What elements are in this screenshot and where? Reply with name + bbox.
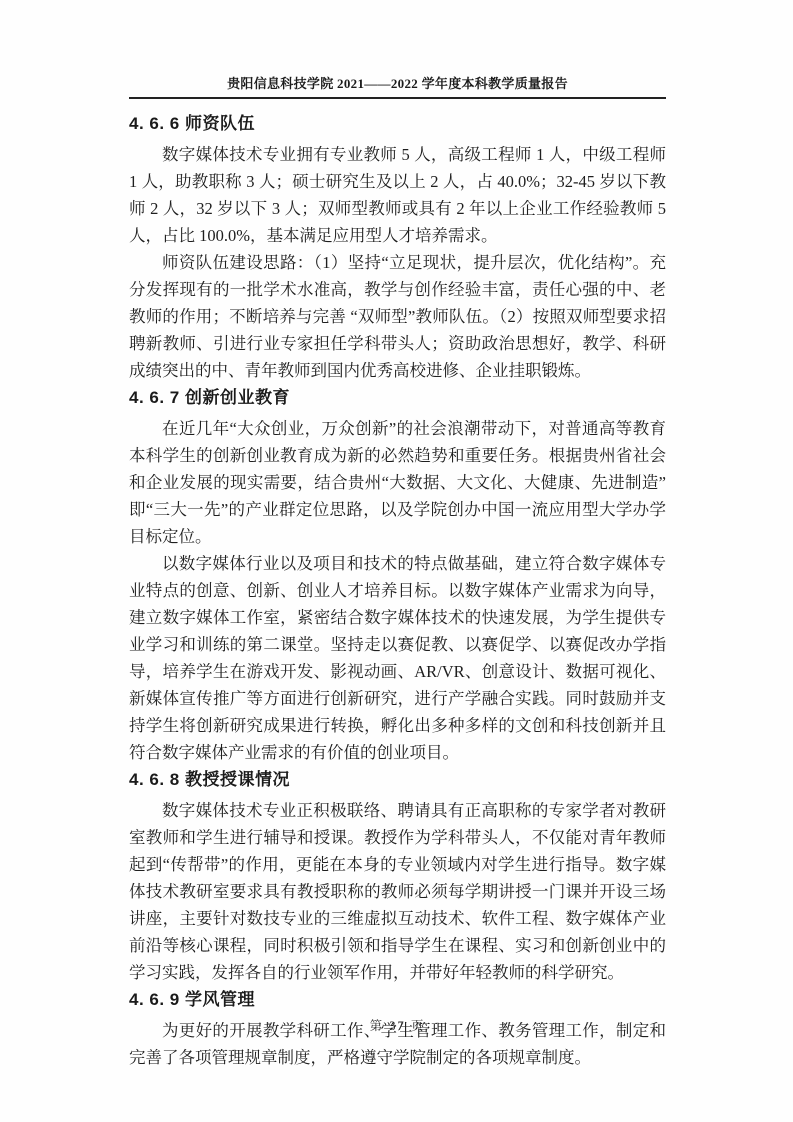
header-title: 贵阳信息科技学院 2021——2022 学年度本科教学质量报告 bbox=[227, 76, 568, 91]
paragraph: 在近几年“大众创业，万众创新”的社会浪潮带动下，对普通高等教育本科学生的创新创业… bbox=[129, 415, 666, 550]
paragraph: 数字媒体技术专业正积极联络、聘请具有正高职称的专家学者对教研室教师和学生进行辅导… bbox=[129, 797, 666, 986]
document-page: 贵阳信息科技学院 2021——2022 学年度本科教学质量报告 4. 6. 6 … bbox=[0, 0, 793, 1122]
section-innovation-education: 4. 6. 7 创新创业教育 在近几年“大众创业，万众创新”的社会浪潮带动下，对… bbox=[129, 387, 666, 766]
paragraph: 数字媒体技术专业拥有专业教师 5 人，高级工程师 1 人，中级工程师 1 人，助… bbox=[129, 141, 666, 249]
section-professor-teaching: 4. 6. 8 教授授课情况 数字媒体技术专业正积极联络、聘请具有正高职称的专家… bbox=[129, 769, 666, 986]
document-body: 4. 6. 6 师资队伍 数字媒体技术专业拥有专业教师 5 人，高级工程师 1 … bbox=[129, 113, 666, 1071]
page-footer: 第 37 页 bbox=[129, 1016, 666, 1034]
page-number: 第 37 页 bbox=[370, 1019, 426, 1033]
section-heading: 4. 6. 7 创新创业教育 bbox=[129, 387, 666, 409]
section-heading: 4. 6. 8 教授授课情况 bbox=[129, 769, 666, 791]
page-header: 贵阳信息科技学院 2021——2022 学年度本科教学质量报告 bbox=[129, 73, 666, 99]
section-heading: 4. 6. 6 师资队伍 bbox=[129, 113, 666, 135]
paragraph: 以数字媒体行业以及项目和技术的特点做基础，建立符合数字媒体专业特点的创意、创新、… bbox=[129, 550, 666, 766]
page-content: 贵阳信息科技学院 2021——2022 学年度本科教学质量报告 4. 6. 6 … bbox=[129, 0, 666, 1071]
paragraph: 师资队伍建设思路：（1）坚持“立足现状，提升层次，优化结构”。充分发挥现有的一批… bbox=[129, 249, 666, 384]
section-teaching-staff: 4. 6. 6 师资队伍 数字媒体技术专业拥有专业教师 5 人，高级工程师 1 … bbox=[129, 113, 666, 384]
section-heading: 4. 6. 9 学风管理 bbox=[129, 989, 666, 1011]
